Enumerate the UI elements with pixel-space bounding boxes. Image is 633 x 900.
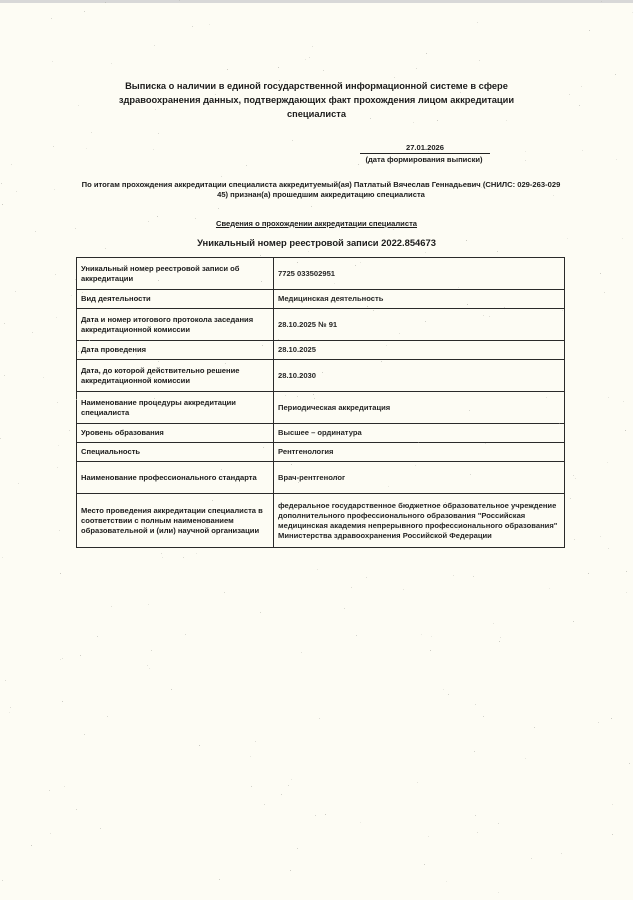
row-value: Рентгенология (274, 443, 565, 462)
row-value: 7725 033502951 (274, 258, 565, 290)
row-value: 28.10.2030 (274, 360, 565, 392)
table-row: Специальность Рентгенология (77, 443, 565, 462)
row-label: Наименование профессионального стандарта (77, 462, 274, 494)
row-label: Специальность (77, 443, 274, 462)
table-row: Наименование профессионального стандарта… (77, 462, 565, 494)
row-value: Врач-рентгенолог (274, 462, 565, 494)
row-value: Медицинская деятельность (274, 290, 565, 309)
table-row: Дата и номер итогового протокола заседан… (77, 309, 565, 341)
row-label: Вид деятельности (77, 290, 274, 309)
table-row: Дата, до которой действительно решение а… (77, 360, 565, 392)
row-label: Дата проведения (77, 341, 274, 360)
issue-date: 27.01.2026 (360, 143, 490, 154)
row-value: 28.10.2025 № 91 (274, 309, 565, 341)
table-row: Дата проведения 28.10.2025 (77, 341, 565, 360)
row-value: Периодическая аккредитация (274, 392, 565, 424)
row-label: Место проведения аккредитации специалист… (77, 494, 274, 548)
row-label: Наименование процедуры аккредитации спец… (77, 392, 274, 424)
row-label: Дата, до которой действительно решение а… (77, 360, 274, 392)
table-row: Место проведения аккредитации специалист… (77, 494, 565, 548)
table-row: Наименование процедуры аккредитации спец… (77, 392, 565, 424)
section-heading: Сведения о прохождении аккредитации спец… (150, 219, 483, 228)
row-value: Высшее – ординатура (274, 424, 565, 443)
scan-top-edge (0, 0, 633, 3)
issue-date-block: 27.01.2026 (дата формирования выписки) (358, 143, 490, 165)
row-value: федеральное государственное бюджетное об… (274, 494, 565, 548)
issue-date-caption: (дата формирования выписки) (358, 154, 490, 165)
table-row: Вид деятельности Медицинская деятельност… (77, 290, 565, 309)
row-label: Уровень образования (77, 424, 274, 443)
accreditation-statement: По итогам прохождения аккредитации специ… (76, 180, 566, 200)
row-label: Дата и номер итогового протокола заседан… (77, 309, 274, 341)
document-title: Выписка о наличии в единой государственн… (110, 79, 523, 121)
registry-record-number: Уникальный номер реестровой записи 2022.… (120, 237, 513, 248)
accreditation-details-table: Уникальный номер реестровой записи об ак… (76, 257, 565, 548)
table-row: Уникальный номер реестровой записи об ак… (77, 258, 565, 290)
row-value: 28.10.2025 (274, 341, 565, 360)
row-label: Уникальный номер реестровой записи об ак… (77, 258, 274, 290)
table-row: Уровень образования Высшее – ординатура (77, 424, 565, 443)
